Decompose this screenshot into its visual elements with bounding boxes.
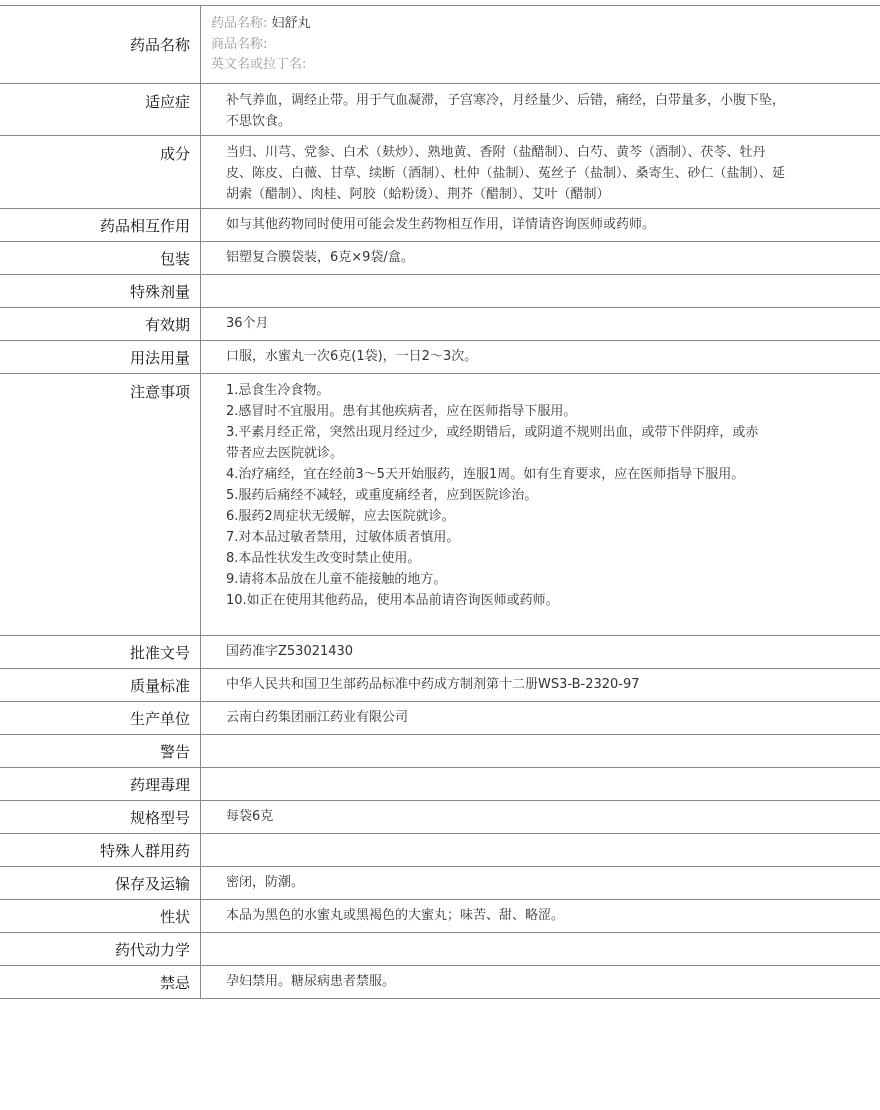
precaution-item: 6.服药2周症状无缓解，应去医院就诊。 xyxy=(226,506,760,527)
row-pharmacology: 药理毒理 xyxy=(0,767,880,800)
row-label: 保存及运输 xyxy=(0,867,201,899)
row-label: 注意事项 xyxy=(0,374,201,635)
row-value xyxy=(201,834,880,866)
row-value: 中华人民共和国卫生部药品标准中药成方制剂第十二册WS3-B-2320-97 xyxy=(201,669,880,701)
row-special-dosage: 特殊剂量 xyxy=(0,274,880,307)
row-packaging: 包装 铝塑复合膜袋装，6克×9袋/盒。 xyxy=(0,241,880,274)
row-value: 国药准字Z53021430 xyxy=(201,636,880,668)
precaution-item: 8.本品性状发生改变时禁止使用。 xyxy=(226,548,760,569)
row-value: 36个月 xyxy=(201,308,880,340)
drug-name-values: 药品名称: 妇舒丸 商品名称: 英文名或拉丁名: xyxy=(201,6,880,83)
precaution-item: 7.对本品过敏者禁用，过敏体质者慎用。 xyxy=(226,527,760,548)
row-value xyxy=(201,735,880,767)
row-label: 特殊人群用药 xyxy=(0,834,201,866)
row-label: 包装 xyxy=(0,242,201,274)
row-label: 药代动力学 xyxy=(0,933,201,965)
row-value xyxy=(201,933,880,965)
row-label: 成分 xyxy=(0,136,201,208)
row-indications: 适应症 补气养血，调经止带。用于气血凝滞，子宫寒冷，月经量少、后错，痛经，白带量… xyxy=(0,83,880,135)
precaution-item: 10.如正在使用其他药品，使用本品前请咨询医师或药师。 xyxy=(226,590,760,611)
row-ingredients: 成分 当归、川芎、党参、白术（麸炒）、熟地黄、香附（盐醋制）、白芍、黄芩（酒制）… xyxy=(0,135,880,208)
english-name-label: 英文名或拉丁名: xyxy=(211,57,306,72)
row-label: 适应症 xyxy=(0,84,201,135)
row-label: 药理毒理 xyxy=(0,768,201,800)
precaution-item: 1.忌食生冷食物。 xyxy=(226,380,760,401)
row-value: 口服，水蜜丸一次6克(1袋)，一日2～3次。 xyxy=(201,341,880,373)
row-value: 每袋6克 xyxy=(201,801,880,833)
row-label: 药品相互作用 xyxy=(0,209,201,241)
row-value: 孕妇禁用。糖尿病患者禁服。 xyxy=(201,966,880,998)
row-quality-standard: 质量标准 中华人民共和国卫生部药品标准中药成方制剂第十二册WS3-B-2320-… xyxy=(0,668,880,701)
row-precautions: 注意事项 1.忌食生冷食物。 2.感冒时不宜服用。患有其他疾病者，应在医师指导下… xyxy=(0,373,880,635)
row-label: 用法用量 xyxy=(0,341,201,373)
row-value: 密闭，防潮。 xyxy=(201,867,880,899)
row-label: 性状 xyxy=(0,900,201,932)
row-label: 特殊剂量 xyxy=(0,275,201,307)
row-value xyxy=(201,768,880,800)
row-label: 禁忌 xyxy=(0,966,201,998)
trade-name-label: 商品名称: xyxy=(211,37,267,52)
row-interactions: 药品相互作用 如与其他药物同时使用可能会发生药物相互作用，详情请咨询医师或药师。 xyxy=(0,208,880,241)
row-specification: 规格型号 每袋6克 xyxy=(0,800,880,833)
row-contraindications: 禁忌 孕妇禁用。糖尿病患者禁服。 xyxy=(0,965,880,999)
row-label: 质量标准 xyxy=(0,669,201,701)
row-value: 本品为黑色的水蜜丸或黑褐色的大蜜丸；味苦、甜、略涩。 xyxy=(201,900,880,932)
precaution-item: 4.治疗痛经，宜在经前3～5天开始服药，连服1周。如有生育要求，应在医师指导下服… xyxy=(226,464,760,485)
row-label: 生产单位 xyxy=(0,702,201,734)
precaution-item: 3.平素月经正常，突然出现月经过少，或经期错后，或阴道不规则出血，或带下伴阴痒，… xyxy=(226,422,760,464)
precaution-item: 5.服药后痛经不减轻，或重度痛经者，应到医院诊治。 xyxy=(226,485,760,506)
row-description: 性状 本品为黑色的水蜜丸或黑褐色的大蜜丸；味苦、甜、略涩。 xyxy=(0,899,880,932)
row-value xyxy=(201,275,880,307)
row-label: 有效期 xyxy=(0,308,201,340)
precautions-list: 1.忌食生冷食物。 2.感冒时不宜服用。患有其他疾病者，应在医师指导下服用。 3… xyxy=(201,374,880,635)
generic-name-label: 药品名称: xyxy=(211,16,267,31)
row-warning: 警告 xyxy=(0,734,880,767)
row-value: 铝塑复合膜袋装，6克×9袋/盒。 xyxy=(201,242,880,274)
precaution-item: 2.感冒时不宜服用。患有其他疾病者，应在医师指导下服用。 xyxy=(226,401,760,422)
row-value: 当归、川芎、党参、白术（麸炒）、熟地黄、香附（盐醋制）、白芍、黄芩（酒制）、茯苓… xyxy=(201,136,880,208)
row-shelf-life: 有效期 36个月 xyxy=(0,307,880,340)
row-value: 补气养血，调经止带。用于气血凝滞，子宫寒冷，月经量少、后错，痛经，白带量多，小腹… xyxy=(201,84,880,135)
generic-name-value: 妇舒丸 xyxy=(272,16,311,31)
drug-info-table: 药品名称 药品名称: 妇舒丸 商品名称: 英文名或拉丁名: 适应症 补气养血，调… xyxy=(0,5,880,999)
row-label: 警告 xyxy=(0,735,201,767)
row-value: 如与其他药物同时使用可能会发生药物相互作用，详情请咨询医师或药师。 xyxy=(201,209,880,241)
row-manufacturer: 生产单位 云南白药集团丽江药业有限公司 xyxy=(0,701,880,734)
row-value: 云南白药集团丽江药业有限公司 xyxy=(201,702,880,734)
row-special-populations: 特殊人群用药 xyxy=(0,833,880,866)
row-pharmacokinetics: 药代动力学 xyxy=(0,932,880,965)
precaution-item: 9.请将本品放在儿童不能接触的地方。 xyxy=(226,569,760,590)
row-drug-name: 药品名称 药品名称: 妇舒丸 商品名称: 英文名或拉丁名: xyxy=(0,5,880,83)
row-approval-number: 批准文号 国药准字Z53021430 xyxy=(0,635,880,668)
row-label: 批准文号 xyxy=(0,636,201,668)
row-label: 药品名称 xyxy=(0,6,201,83)
row-label: 规格型号 xyxy=(0,801,201,833)
row-storage: 保存及运输 密闭，防潮。 xyxy=(0,866,880,899)
row-dosage: 用法用量 口服，水蜜丸一次6克(1袋)，一日2～3次。 xyxy=(0,340,880,373)
